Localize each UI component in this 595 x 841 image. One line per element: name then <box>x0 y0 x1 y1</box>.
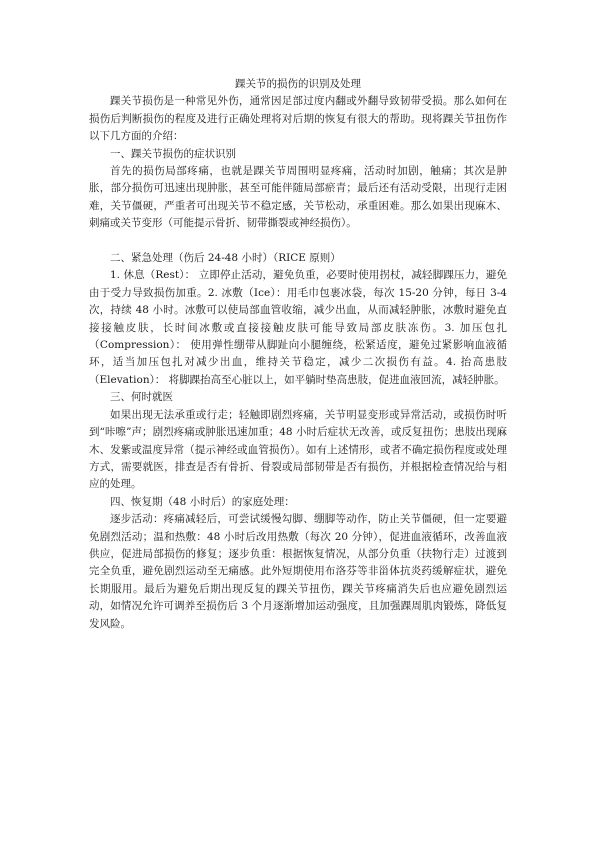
section-body-emergency: 1. 休息（Rest）： 立即停止活动，避免负重，必要时使用拐杖，减轻脚踝压力，… <box>89 267 507 389</box>
document-page: 踝关节的损伤的识别及处理 踝关节损伤是一种常见外伤，通常因足部过度内翻或外翻导致… <box>89 76 507 633</box>
section-body-recovery: 逐步活动：疼痛减轻后，可尝试缓慢勾脚、绷脚等动作，防止关节僵硬，但一定要避免剧烈… <box>89 511 507 633</box>
section-heading-symptoms: 一、踝关节损伤的症状识别 <box>89 146 507 163</box>
section-body-symptoms: 首先的损伤局部疼痛，也就是踝关节周围明显疼痛，活动时加剧，触痛；其次是肿胀，部分… <box>89 163 507 233</box>
intro-paragraph: 踝关节损伤是一种常见外伤，通常因足部过度内翻或外翻导致韧带受损。那么如何在损伤后… <box>89 93 507 145</box>
section-heading-emergency: 二、紧急处理（伤后 24-48 小时）（RICE 原则） <box>89 250 507 267</box>
blank-line <box>89 233 507 250</box>
document-title: 踝关节的损伤的识别及处理 <box>89 76 507 93</box>
section-heading-when-to-see-doctor: 三、何时就医 <box>89 389 507 406</box>
section-heading-recovery: 四、恢复期（48 小时后）的家庭处理： <box>89 494 507 511</box>
section-body-when-to-see-doctor: 如果出现无法承重或行走；轻触即剧烈疼痛，关节明显变形或异常活动，或损伤时听到“咔… <box>89 407 507 494</box>
